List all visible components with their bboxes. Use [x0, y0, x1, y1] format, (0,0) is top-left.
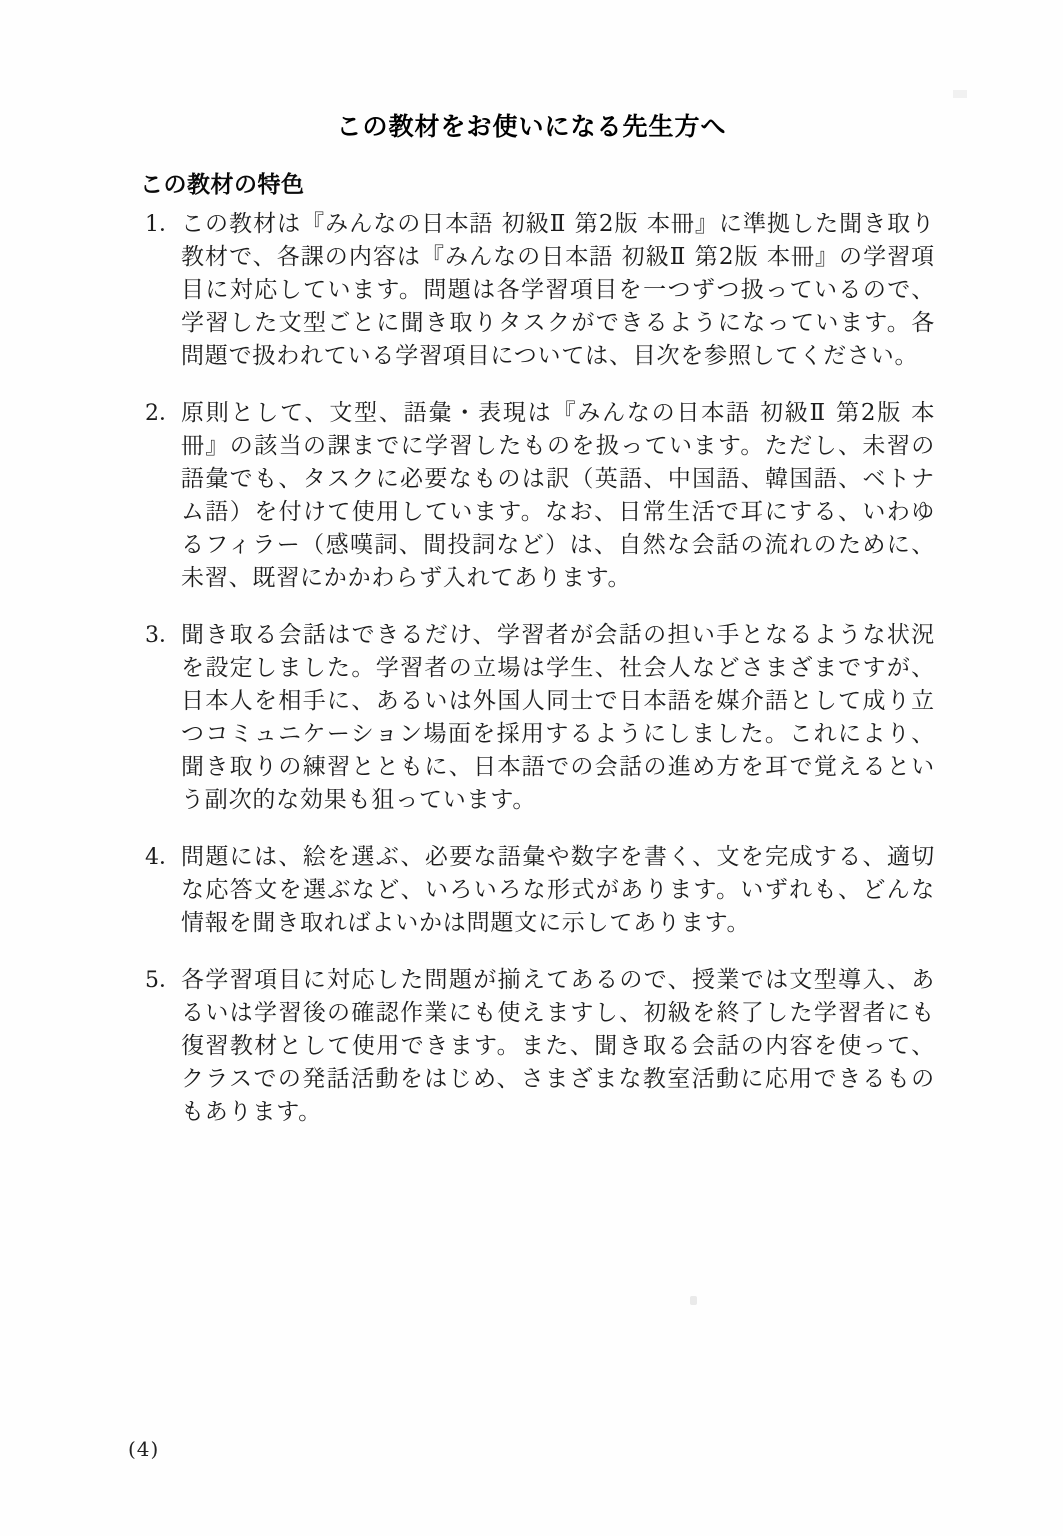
- list-item-text: 聞き取る会話はできるだけ、学習者が会話の担い手となるような状況を設定しました。学…: [181, 619, 935, 817]
- feature-list: 1． この教材は『みんなの日本語 初級Ⅱ 第2版 本冊』に準拠した聞き取り教材で…: [145, 208, 935, 1129]
- list-item-text: 問題には、絵を選ぶ、必要な語彙や数字を書く、文を完成する、適切な応答文を選ぶなど…: [181, 841, 935, 940]
- section-heading-features: この教材の特色: [140, 170, 1063, 200]
- scan-artifact: [690, 1296, 697, 1305]
- list-item-text: この教材は『みんなの日本語 初級Ⅱ 第2版 本冊』に準拠した聞き取り教材で、各課…: [181, 208, 935, 373]
- list-item: 5． 各学習項目に対応した問題が揃えてあるので、授業では文型導入、あるいは学習後…: [145, 964, 935, 1129]
- page-number: (4): [128, 1436, 159, 1462]
- list-item-number: 1．: [145, 208, 181, 241]
- list-item-number: 3．: [145, 619, 181, 652]
- scanned-document-page: この教材をお使いになる先生方へ この教材の特色 1． この教材は『みんなの日本語…: [0, 0, 1063, 1536]
- scan-artifact: [953, 90, 967, 98]
- list-item: 2． 原則として、文型、語彙・表現は『みんなの日本語 初級Ⅱ 第2版 本冊』の該…: [145, 397, 935, 595]
- list-item-number: 2．: [145, 397, 181, 430]
- list-item-text: 原則として、文型、語彙・表現は『みんなの日本語 初級Ⅱ 第2版 本冊』の該当の課…: [181, 397, 935, 595]
- list-item: 3． 聞き取る会話はできるだけ、学習者が会話の担い手となるような状況を設定しまし…: [145, 619, 935, 817]
- list-item-number: 5．: [145, 964, 181, 997]
- list-item: 1． この教材は『みんなの日本語 初級Ⅱ 第2版 本冊』に準拠した聞き取り教材で…: [145, 208, 935, 373]
- list-item-number: 4．: [145, 841, 181, 874]
- list-item: 4． 問題には、絵を選ぶ、必要な語彙や数字を書く、文を完成する、適切な応答文を選…: [145, 841, 935, 940]
- page-title: この教材をお使いになる先生方へ: [0, 0, 1063, 144]
- list-item-text: 各学習項目に対応した問題が揃えてあるので、授業では文型導入、あるいは学習後の確認…: [181, 964, 935, 1129]
